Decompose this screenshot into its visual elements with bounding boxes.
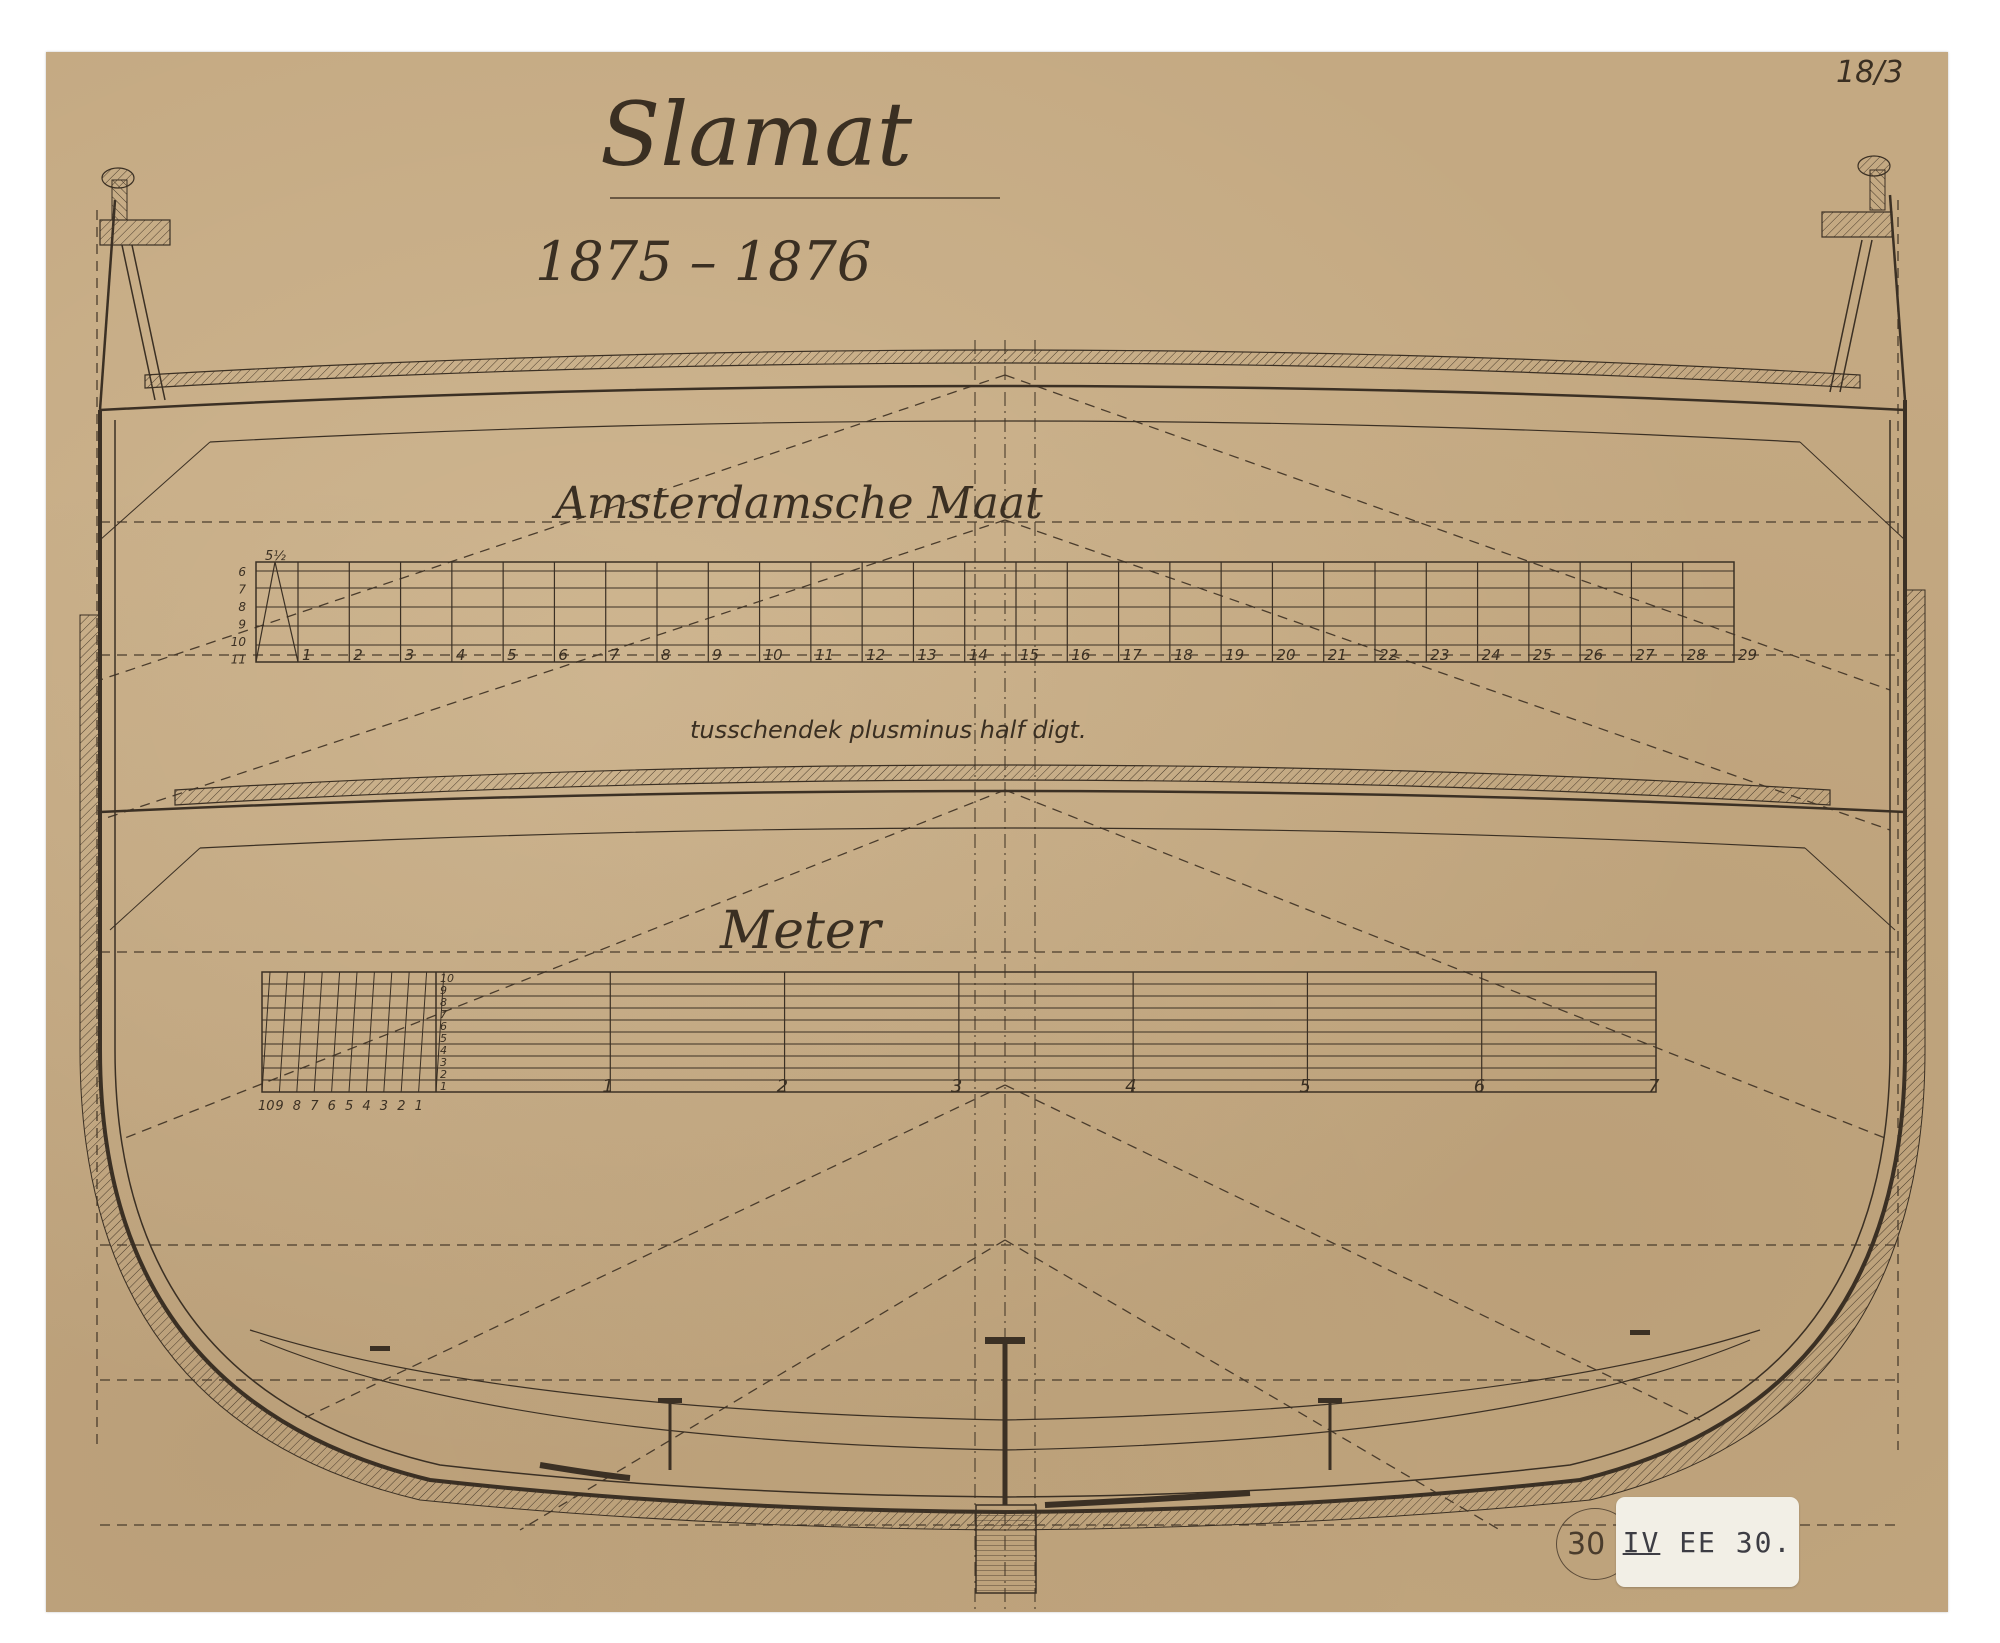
construction-lines: [97, 200, 1900, 1610]
amsterdam-tick-label: 1: [302, 646, 312, 664]
archive-label-roman: IV: [1623, 1526, 1661, 1559]
amsterdam-tick-label: 2: [353, 646, 363, 664]
amsterdam-tick-label: 12: [866, 646, 885, 664]
drawing-sheet: 1234567891011121314151617181920212223242…: [46, 52, 1948, 1612]
meter-sub-label: 4: [362, 1099, 370, 1114]
amsterdam-tick-label: 14: [969, 646, 988, 664]
amsterdam-tick-label: 24: [1482, 646, 1501, 664]
meter-sub-label: 2: [397, 1099, 405, 1114]
amsterdam-row-label: 7: [238, 583, 246, 597]
meter-sub-label: 6: [328, 1099, 336, 1114]
amsterdam-tick-label: 11: [815, 646, 834, 664]
meter-sub-label: 3: [380, 1099, 388, 1114]
meter-tick-label: 6: [1474, 1076, 1485, 1097]
amsterdam-row-label: 9: [238, 618, 246, 632]
meter-sub-label: 9: [275, 1099, 283, 1114]
meter-vertical-label: 1: [440, 1080, 447, 1093]
meter-tick-label: 5: [1299, 1076, 1310, 1097]
meter-tick-label: 3: [951, 1076, 962, 1097]
archive-label-card: IV EE 30.: [1616, 1497, 1799, 1587]
amsterdam-tick-label: 22: [1379, 646, 1398, 664]
amsterdam-tick-label: 4: [456, 646, 466, 664]
meter-sub-label: 8: [293, 1099, 301, 1114]
amsterdam-tick-label: 27: [1635, 646, 1655, 664]
archive-label-code: EE 30.: [1679, 1526, 1792, 1559]
amsterdam-tick-label: 18: [1174, 646, 1193, 664]
amsterdam-tick-label: 6: [558, 646, 568, 664]
amsterdam-tick-label: 26: [1584, 646, 1603, 664]
amsterdam-tick-labels: 1234567891011121314151617181920212223242…: [231, 565, 1757, 667]
meter-sub-label: 7: [310, 1099, 319, 1114]
meter-tick-label: 1: [602, 1076, 613, 1097]
amsterdam-tick-label: 8: [661, 646, 671, 664]
amsterdam-tick-label: 9: [712, 646, 722, 664]
upper-deck: [100, 350, 1905, 540]
amsterdam-row-label: 6: [238, 565, 246, 579]
amsterdam-tick-label: 19: [1225, 646, 1244, 664]
tween-deck: [100, 765, 1905, 930]
amsterdam-tick-label: 7: [610, 646, 620, 664]
amsterdam-tick-label: 29: [1738, 646, 1757, 664]
amsterdam-row-label: 11: [231, 653, 246, 667]
amsterdam-scale: [256, 562, 1734, 662]
meter-scale: 10987654321109876543211234567: [258, 972, 1660, 1114]
meter-tick-label: 4: [1125, 1076, 1136, 1097]
amsterdam-tick-label: 25: [1533, 646, 1552, 664]
meter-sub-label: 1: [415, 1099, 423, 1114]
amsterdam-row-label: 8: [238, 600, 246, 614]
amsterdam-tick-label: 17: [1123, 646, 1143, 664]
amsterdam-tick-label: 28: [1687, 646, 1706, 664]
amsterdam-tick-label: 23: [1430, 646, 1449, 664]
amsterdam-tick-label: 21: [1328, 646, 1347, 664]
amsterdam-tick-label: 20: [1276, 646, 1295, 664]
keel-assembly: [370, 1330, 1650, 1593]
meter-tick-label: 2: [777, 1076, 788, 1097]
amsterdam-tick-label: 3: [405, 646, 415, 664]
amsterdam-tick-label: 16: [1071, 646, 1090, 664]
hull-section-drawing: 1234567891011121314151617181920212223242…: [46, 52, 1948, 1612]
amsterdam-tick-label: 15: [1020, 646, 1039, 664]
amsterdam-tick-label: 10: [764, 646, 783, 664]
amsterdam-tick-label: 13: [917, 646, 936, 664]
amsterdam-tick-label: 5: [507, 646, 517, 664]
meter-tick-label: 7: [1648, 1076, 1660, 1097]
amsterdam-row-label: 10: [231, 635, 247, 649]
meter-sub-label: 5: [345, 1099, 353, 1114]
meter-sub-label: 10: [258, 1099, 275, 1114]
